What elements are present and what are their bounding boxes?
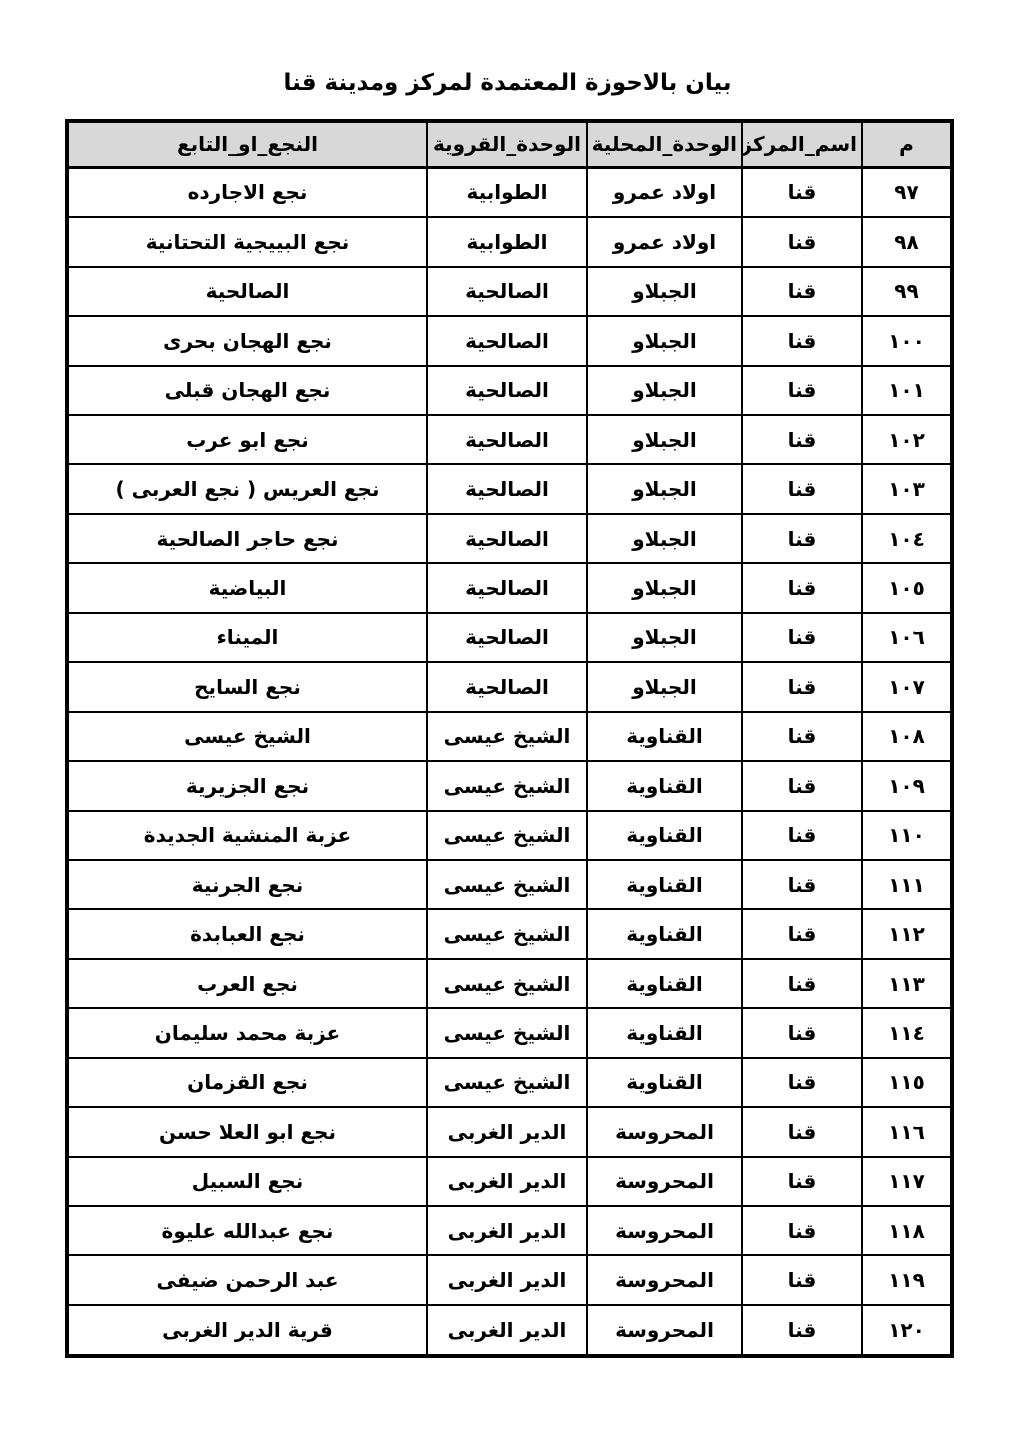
cell-num: ١٠٦ — [862, 613, 952, 662]
table-row: ١١٣ قنا القناوية الشيخ عيسى نجع العرب — [67, 959, 952, 1008]
cell-num: ٩٧ — [862, 167, 952, 217]
cell-local-unit: الجبلاو — [587, 267, 742, 316]
cell-num: ١١٠ — [862, 811, 952, 860]
cell-local-unit: الجبلاو — [587, 613, 742, 662]
cell-num: ١٠٤ — [862, 514, 952, 563]
cell-hamlet: نجع العريس ( نجع العربى ) — [67, 464, 427, 513]
cell-num: ٩٩ — [862, 267, 952, 316]
cell-center-name: قنا — [742, 811, 862, 860]
table-row: ١٠٢ قنا الجبلاو الصالحية نجع ابو عرب — [67, 415, 952, 464]
header-village-unit: الوحدة_القروية — [427, 121, 587, 167]
cell-local-unit: القناوية — [587, 811, 742, 860]
cell-village-unit: الدير الغربى — [427, 1305, 587, 1356]
table-row: ١١٠ قنا القناوية الشيخ عيسى عزبة المنشية… — [67, 811, 952, 860]
cell-num: ١٠٠ — [862, 316, 952, 365]
cell-hamlet: نجع الهجان بحرى — [67, 316, 427, 365]
cell-hamlet: الصالحية — [67, 267, 427, 316]
cell-local-unit: الجبلاو — [587, 366, 742, 415]
cell-village-unit: الشيخ عيسى — [427, 761, 587, 810]
cell-center-name: قنا — [742, 860, 862, 909]
cell-local-unit: القناوية — [587, 1008, 742, 1057]
header-local-unit: الوحدة_المحلية — [587, 121, 742, 167]
cell-village-unit: الدير الغربى — [427, 1107, 587, 1156]
table-row: ٩٨ قنا اولاد عمرو الطوابية نجع البييجية … — [67, 217, 952, 266]
cell-local-unit: الجبلاو — [587, 662, 742, 711]
cell-village-unit: الشيخ عيسى — [427, 860, 587, 909]
hawza-table: م اسم_المركز الوحدة_المحلية الوحدة_القرو… — [65, 119, 954, 1358]
cell-local-unit: القناوية — [587, 712, 742, 761]
cell-num: ١٠٥ — [862, 563, 952, 612]
cell-num: ١١٣ — [862, 959, 952, 1008]
cell-local-unit: المحروسة — [587, 1305, 742, 1356]
cell-local-unit: المحروسة — [587, 1206, 742, 1255]
cell-hamlet: نجع حاجر الصالحية — [67, 514, 427, 563]
cell-local-unit: القناوية — [587, 761, 742, 810]
cell-center-name: قنا — [742, 514, 862, 563]
cell-center-name: قنا — [742, 662, 862, 711]
cell-num: ١٢٠ — [862, 1305, 952, 1356]
table-row: ١١١ قنا القناوية الشيخ عيسى نجع الجرنية — [67, 860, 952, 909]
cell-village-unit: الشيخ عيسى — [427, 1008, 587, 1057]
cell-num: ١٠٢ — [862, 415, 952, 464]
document-page: بيان بالاحوزة المعتمدة لمركز ومدينة قنا … — [0, 0, 1024, 1442]
cell-center-name: قنا — [742, 1058, 862, 1107]
table-row: ١٠٥ قنا الجبلاو الصالحية البياضية — [67, 563, 952, 612]
cell-num: ١١٢ — [862, 909, 952, 958]
cell-center-name: قنا — [742, 167, 862, 217]
cell-num: ١٠٨ — [862, 712, 952, 761]
cell-hamlet: الميناء — [67, 613, 427, 662]
cell-hamlet: البياضية — [67, 563, 427, 612]
table-body: ٩٧ قنا اولاد عمرو الطوابية نجع الاجارده … — [67, 167, 952, 1356]
cell-local-unit: الجبلاو — [587, 514, 742, 563]
cell-hamlet: عزبة المنشية الجديدة — [67, 811, 427, 860]
cell-village-unit: الدير الغربى — [427, 1206, 587, 1255]
table-row: ١٠٧ قنا الجبلاو الصالحية نجع السايح — [67, 662, 952, 711]
cell-center-name: قنا — [742, 712, 862, 761]
cell-center-name: قنا — [742, 909, 862, 958]
cell-village-unit: الشيخ عيسى — [427, 909, 587, 958]
cell-village-unit: الصالحية — [427, 415, 587, 464]
cell-center-name: قنا — [742, 761, 862, 810]
cell-local-unit: اولاد عمرو — [587, 167, 742, 217]
table-row: ١٠٨ قنا القناوية الشيخ عيسى الشيخ عيسى — [67, 712, 952, 761]
cell-center-name: قنا — [742, 267, 862, 316]
cell-hamlet: قرية الدير الغربى — [67, 1305, 427, 1356]
header-hamlet: النجع_او_التابع — [67, 121, 427, 167]
cell-center-name: قنا — [742, 1206, 862, 1255]
cell-center-name: قنا — [742, 464, 862, 513]
table-row: ١١٧ قنا المحروسة الدير الغربى نجع السبيل — [67, 1157, 952, 1206]
cell-hamlet: نجع السايح — [67, 662, 427, 711]
table-row: ٩٩ قنا الجبلاو الصالحية الصالحية — [67, 267, 952, 316]
cell-local-unit: المحروسة — [587, 1255, 742, 1304]
table-row: ١١٩ قنا المحروسة الدير الغربى عبد الرحمن… — [67, 1255, 952, 1304]
cell-hamlet: نجع الهجان قبلى — [67, 366, 427, 415]
cell-hamlet: نجع العبابدة — [67, 909, 427, 958]
table-header: م اسم_المركز الوحدة_المحلية الوحدة_القرو… — [67, 121, 952, 167]
cell-num: ١١٨ — [862, 1206, 952, 1255]
cell-village-unit: الشيخ عيسى — [427, 1058, 587, 1107]
cell-hamlet: نجع البييجية التحتانية — [67, 217, 427, 266]
table-row: ١٠٣ قنا الجبلاو الصالحية نجع العريس ( نج… — [67, 464, 952, 513]
page-title: بيان بالاحوزة المعتمدة لمركز ومدينة قنا — [65, 70, 950, 96]
cell-hamlet: نجع السبيل — [67, 1157, 427, 1206]
cell-local-unit: القناوية — [587, 959, 742, 1008]
table-row: ١٠٠ قنا الجبلاو الصالحية نجع الهجان بحرى — [67, 316, 952, 365]
header-center-name: اسم_المركز — [742, 121, 862, 167]
cell-village-unit: الصالحية — [427, 267, 587, 316]
cell-hamlet: نجع الاجارده — [67, 167, 427, 217]
cell-center-name: قنا — [742, 959, 862, 1008]
table-row: ١٠٩ قنا القناوية الشيخ عيسى نجع الجزيرية — [67, 761, 952, 810]
cell-village-unit: الشيخ عيسى — [427, 959, 587, 1008]
header-row: م اسم_المركز الوحدة_المحلية الوحدة_القرو… — [67, 121, 952, 167]
cell-center-name: قنا — [742, 415, 862, 464]
cell-local-unit: القناوية — [587, 909, 742, 958]
cell-center-name: قنا — [742, 217, 862, 266]
cell-village-unit: الشيخ عيسى — [427, 811, 587, 860]
cell-hamlet: عبد الرحمن ضيفى — [67, 1255, 427, 1304]
cell-local-unit: الجبلاو — [587, 563, 742, 612]
cell-village-unit: الشيخ عيسى — [427, 712, 587, 761]
cell-num: ٩٨ — [862, 217, 952, 266]
header-num: م — [862, 121, 952, 167]
cell-center-name: قنا — [742, 316, 862, 365]
cell-village-unit: الصالحية — [427, 662, 587, 711]
cell-num: ١٠١ — [862, 366, 952, 415]
cell-hamlet: نجع العرب — [67, 959, 427, 1008]
cell-center-name: قنا — [742, 1255, 862, 1304]
cell-village-unit: الصالحية — [427, 464, 587, 513]
cell-local-unit: القناوية — [587, 860, 742, 909]
cell-local-unit: المحروسة — [587, 1107, 742, 1156]
cell-village-unit: الدير الغربى — [427, 1157, 587, 1206]
cell-hamlet: نجع عبدالله عليوة — [67, 1206, 427, 1255]
cell-village-unit: الصالحية — [427, 366, 587, 415]
cell-num: ١١٦ — [862, 1107, 952, 1156]
cell-num: ١١٤ — [862, 1008, 952, 1057]
cell-num: ١١٥ — [862, 1058, 952, 1107]
cell-center-name: قنا — [742, 1305, 862, 1356]
cell-village-unit: الدير الغربى — [427, 1255, 587, 1304]
cell-village-unit: الطوابية — [427, 167, 587, 217]
cell-hamlet: الشيخ عيسى — [67, 712, 427, 761]
cell-num: ١٠٧ — [862, 662, 952, 711]
cell-village-unit: الصالحية — [427, 613, 587, 662]
cell-hamlet: نجع الجرنية — [67, 860, 427, 909]
table-row: ١٠٤ قنا الجبلاو الصالحية نجع حاجر الصالح… — [67, 514, 952, 563]
cell-village-unit: الطوابية — [427, 217, 587, 266]
cell-hamlet: نجع ابو عرب — [67, 415, 427, 464]
cell-local-unit: الجبلاو — [587, 464, 742, 513]
cell-num: ١٠٩ — [862, 761, 952, 810]
cell-local-unit: القناوية — [587, 1058, 742, 1107]
table-row: ٩٧ قنا اولاد عمرو الطوابية نجع الاجارده — [67, 167, 952, 217]
table-row: ١١٨ قنا المحروسة الدير الغربى نجع عبدالل… — [67, 1206, 952, 1255]
cell-num: ١٠٣ — [862, 464, 952, 513]
cell-hamlet: عزبة محمد سليمان — [67, 1008, 427, 1057]
cell-center-name: قنا — [742, 1008, 862, 1057]
cell-hamlet: نجع ابو العلا حسن — [67, 1107, 427, 1156]
cell-center-name: قنا — [742, 1107, 862, 1156]
table-row: ١١٥ قنا القناوية الشيخ عيسى نجع القزمان — [67, 1058, 952, 1107]
cell-village-unit: الصالحية — [427, 514, 587, 563]
table-row: ١١٦ قنا المحروسة الدير الغربى نجع ابو ال… — [67, 1107, 952, 1156]
cell-num: ١١١ — [862, 860, 952, 909]
cell-hamlet: نجع القزمان — [67, 1058, 427, 1107]
cell-local-unit: الجبلاو — [587, 415, 742, 464]
table-row: ١٢٠ قنا المحروسة الدير الغربى قرية الدير… — [67, 1305, 952, 1356]
cell-local-unit: المحروسة — [587, 1157, 742, 1206]
cell-village-unit: الصالحية — [427, 563, 587, 612]
table-row: ١١٢ قنا القناوية الشيخ عيسى نجع العبابدة — [67, 909, 952, 958]
cell-center-name: قنا — [742, 366, 862, 415]
cell-village-unit: الصالحية — [427, 316, 587, 365]
cell-center-name: قنا — [742, 613, 862, 662]
table-row: ١٠٦ قنا الجبلاو الصالحية الميناء — [67, 613, 952, 662]
cell-num: ١١٧ — [862, 1157, 952, 1206]
table-row: ١٠١ قنا الجبلاو الصالحية نجع الهجان قبلى — [67, 366, 952, 415]
cell-local-unit: اولاد عمرو — [587, 217, 742, 266]
cell-hamlet: نجع الجزيرية — [67, 761, 427, 810]
cell-center-name: قنا — [742, 1157, 862, 1206]
cell-num: ١١٩ — [862, 1255, 952, 1304]
cell-center-name: قنا — [742, 563, 862, 612]
table-row: ١١٤ قنا القناوية الشيخ عيسى عزبة محمد سل… — [67, 1008, 952, 1057]
cell-local-unit: الجبلاو — [587, 316, 742, 365]
